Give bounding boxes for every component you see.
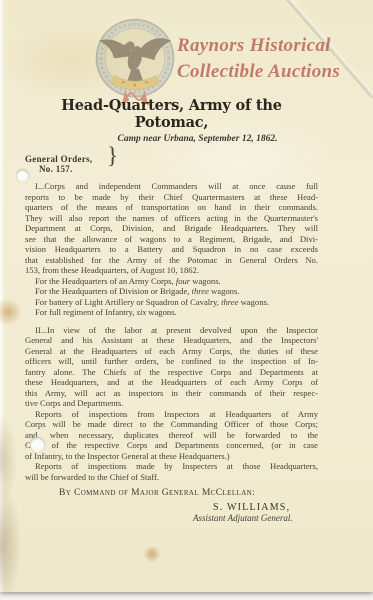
wagon-quantity: six	[137, 307, 147, 317]
auction-house-eagle-emblem-watermark	[87, 14, 183, 110]
watermark-text: Raynors Historical Collectible Auctions	[177, 33, 367, 85]
printed-order-body: Head-Quarters, Army of the Potomac, Camp…	[25, 97, 318, 523]
signature-byline: By Command of Major General McClellan:	[25, 488, 318, 498]
paragraph-3: Reports of inspections from Inspectors a…	[25, 409, 318, 462]
text-line: Chief of the respective Corps and Depart…	[25, 440, 318, 451]
order-label-line-1: General Orders,	[25, 154, 145, 164]
text-line: of Infantry, to the Inspector General at…	[25, 451, 318, 462]
wagon-allowance-list: For the Headquarters of an Army Corps, f…	[25, 276, 318, 318]
text-line: reports to be made by their Chief Quarte…	[25, 192, 318, 203]
text-line: General at the Headquarters of each Army…	[25, 346, 318, 357]
allowance-line: For battery of Light Artillery or Squadr…	[25, 297, 318, 308]
text-line: vision Headquarters to a Battery and Squ…	[25, 244, 318, 255]
text-line: this Army, will act as inspectors in the…	[25, 388, 318, 399]
text-line: tive Corps and Departments.	[25, 398, 318, 409]
curly-brace-glyph: }	[107, 151, 118, 161]
order-label-line-2: No. 157.	[25, 164, 145, 174]
text-line: will be forwarded to the Chief of Staff.	[25, 472, 318, 483]
signature-name: S. WILLIAMS,	[25, 502, 318, 513]
text-line: II...In view of the labor at present dev…	[25, 325, 318, 336]
hole-punch-top	[16, 169, 29, 182]
allowance-line: For the Headquarters of Division or Brig…	[25, 286, 318, 297]
text-line: officers will, until further orders, be …	[25, 356, 318, 367]
paragraph-1: I...Corps and independent Commanders wil…	[25, 181, 318, 276]
text-line: see that the allowance of wagons to a Re…	[25, 234, 318, 245]
text-line: fantry alone. The Chiefs of the respecti…	[25, 367, 318, 378]
allowance-line: For the Headquarters of an Army Corps, f…	[25, 276, 318, 287]
text-line: General and his Assistant at these Headq…	[25, 335, 318, 346]
photo-background: Raynors Historical Collectible Auctions …	[0, 0, 373, 600]
text-line: these Headquarters, and at the Headquart…	[25, 377, 318, 388]
text-line: I...Corps and independent Commanders wil…	[25, 181, 318, 192]
page-title: Head-Quarters, Army of the Potomac,	[25, 97, 318, 131]
text-line: Corps will be made direct to the Command…	[25, 419, 318, 430]
document-page: Raynors Historical Collectible Auctions …	[0, 0, 373, 592]
allowance-line: For full regiment of Infantry, six wagon…	[25, 307, 318, 318]
watermark-line-2: Collectible Auctions	[177, 59, 367, 85]
text-line: and, when necessary, duplicates thereof …	[25, 430, 318, 441]
signature-title: Assistant Adjutant General.	[25, 513, 318, 523]
text-line: Reports of inspections from Inspectors a…	[25, 409, 318, 420]
text-line: that established for the Army of the Pot…	[25, 255, 318, 266]
text-line: 153, from these Headquarters, of August …	[25, 265, 318, 276]
paragraph-4: Reports of inspections made by Inspecter…	[25, 461, 318, 482]
text-line: Reports of inspections made by Inspecter…	[25, 461, 318, 472]
text-line: Department at Corps, Division, and Briga…	[25, 223, 318, 234]
watermark-line-1: Raynors Historical	[177, 33, 367, 59]
text-line: They will also report the names of offic…	[25, 213, 318, 224]
wagon-quantity: three	[221, 297, 238, 307]
wagon-quantity: three	[192, 286, 209, 296]
paragraph-2: II...In view of the labor at present dev…	[25, 325, 318, 409]
wagon-quantity: four	[176, 276, 190, 286]
order-number-label: General Orders, No. 157. }	[25, 154, 145, 174]
text-line: quarters of the means of transportation …	[25, 202, 318, 213]
hole-punch-bottom	[30, 437, 45, 452]
dateline: Camp near Urbana, September 12, 1862.	[25, 134, 318, 144]
